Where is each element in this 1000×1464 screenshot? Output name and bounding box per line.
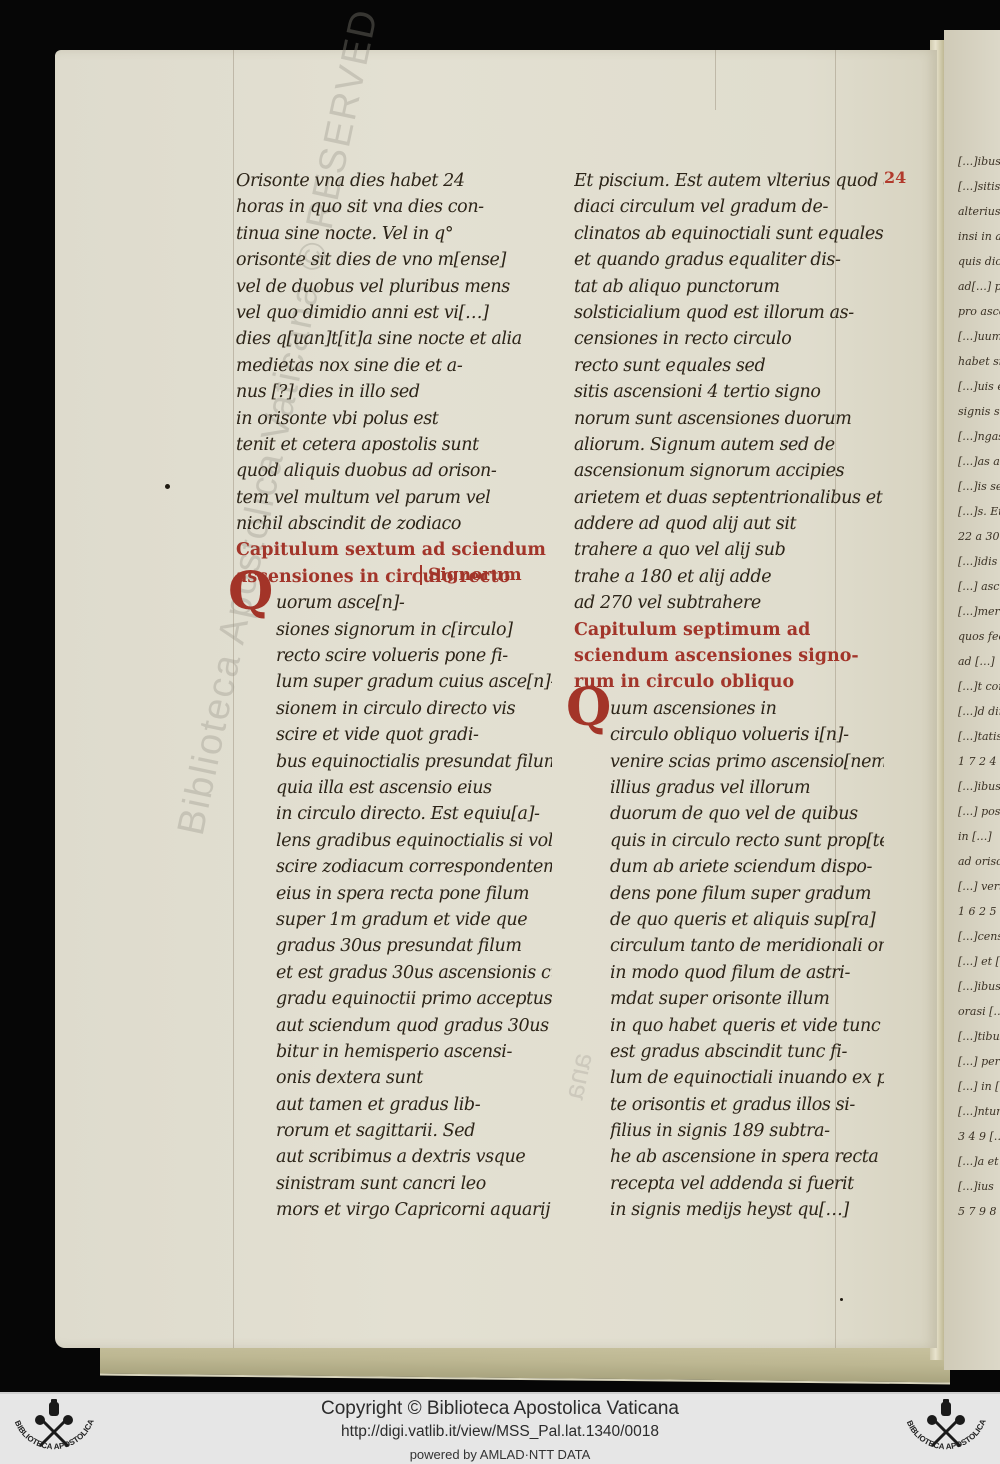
text-line: filius in signis 189 subtra-: [610, 1118, 884, 1144]
facing-page-text-line: […]ntum: [958, 1100, 1000, 1125]
text-line: vel quo dimidio anni est vi[…]: [236, 300, 552, 326]
text-line: bitur in hemisperio ascensi-: [276, 1039, 552, 1065]
text-line: recepta vel addenda si fuerit: [610, 1171, 884, 1197]
facing-page-text-line: in […]: [958, 825, 992, 850]
facing-page-text-line: […] et […]: [958, 950, 1000, 975]
facing-page-text-line: […]sitis 24: [958, 175, 1000, 200]
left-column-body: Orisonte vna dies habet 24horas in quo s…: [236, 168, 552, 537]
text-line: gradus 30us presundat filum: [276, 933, 552, 959]
text-line: in quo habet queris et vide tunc: [610, 1013, 884, 1039]
facing-page-text-line: […]is seu […]: [958, 475, 1000, 500]
source-url[interactable]: http://digi.vatlib.it/view/MSS_Pal.lat.1…: [0, 1423, 1000, 1441]
right-column-body: Et piscium. Est autem vlterius quod a zo…: [574, 168, 884, 617]
text-line: duorum de quo vel de quibus: [610, 801, 884, 827]
text-line: nus [?] dies in illo sed: [236, 379, 552, 405]
text-line: trahere a quo vel alij sub: [574, 537, 884, 563]
facing-page-text-line: […]s. Et si […]: [958, 500, 1000, 525]
facing-page-text-line: quis dico […]: [958, 250, 1000, 275]
facing-page-text-line: 1 7 2 4 8: [958, 750, 1000, 775]
text-line: et quando gradus equaliter dis-: [574, 247, 884, 273]
text-line: est gradus abscindit tunc fi-: [610, 1039, 884, 1065]
facing-page-text-line: alterius sit: [958, 200, 1000, 225]
text-line: circulum tanto de meridionali orisonte: [610, 933, 884, 959]
text-line: illius gradus vel illorum: [610, 775, 884, 801]
text-line: diaci circulum vel gradum de-: [574, 194, 884, 220]
facing-page-text-line: […]cens: [958, 925, 1000, 950]
facing-page-text-line: […]uis est […]: [958, 375, 1000, 400]
facing-page-text-line: ad […]: [958, 650, 995, 675]
facing-page-text-line: […] per: [958, 1050, 1000, 1075]
marginal-rubric: Signorum: [420, 565, 522, 585]
text-line: Orisonte vna dies habet 24: [236, 168, 552, 194]
text-line: horas in quo sit vna dies con-: [236, 194, 552, 220]
rubric-heading-line: Capitulum septimum ad: [574, 617, 884, 643]
facing-page-text-line: […]d dimidium: [958, 700, 1000, 725]
text-line: in modo quod filum de astri-: [610, 960, 884, 986]
text-line: nichil abscindit de zodiaco: [236, 511, 552, 537]
facing-page-text-line: […] possim: [958, 800, 1000, 825]
text-line: tinua sine nocte. Vel in q°: [236, 221, 552, 247]
facing-page-text-line: […]ibus quod vel: [958, 150, 1000, 175]
facing-page-text-line: […]a et: [958, 1150, 999, 1175]
facing-page-text-line: […] vertice: [958, 875, 1000, 900]
text-line: tat ab aliquo punctorum: [574, 274, 884, 300]
text-line: he ab ascensione in spera recta: [610, 1144, 884, 1170]
facing-page-text-line: 3 4 9 […]: [958, 1125, 1000, 1150]
text-line: dens pone filum super gradum: [610, 881, 884, 907]
rubric-heading-line: Capitulum sextum ad sciendum: [236, 537, 552, 563]
chapter-heading-septimum: Capitulum septimum adsciendum ascensione…: [574, 617, 884, 696]
facing-page-text-line: pro ascensione: [958, 300, 1000, 325]
facing-page-text-line: insi in alio: [958, 225, 1000, 250]
facing-page-text-line: […] in […]: [958, 1075, 1000, 1100]
ruling-line: [715, 50, 716, 110]
facing-page-edge: […]ibus quod vel[…]sitis 24alterius siti…: [944, 30, 1000, 1370]
text-line: aliorum. Signum autem sed de: [574, 432, 884, 458]
text-line: in circulo directo. Est equiu[a]-: [276, 801, 552, 827]
text-line: trahe a 180 et alij adde: [574, 564, 884, 590]
facing-page-text-line: orasi […]: [958, 1000, 1000, 1025]
text-line: quis in circulo recto sunt prop[ter]: [610, 828, 884, 854]
facing-page-text-line: habet sit et: [958, 350, 1000, 375]
ink-dot: [840, 1298, 843, 1301]
text-line: lum de equinoctiali inuando ex par-: [610, 1065, 884, 1091]
facing-page-text-line: […]ibus: [958, 775, 1000, 800]
facing-page-text-line: […]tibus: [958, 1025, 1000, 1050]
facing-page-text-line: […]ngas decem: [958, 425, 1000, 450]
text-line: eius in spera recta pone filum: [276, 881, 552, 907]
text-line: mors et virgo Capricorni aquarij: [276, 1197, 552, 1223]
facing-page-text-line: ad[…] partes: [958, 275, 1000, 300]
facing-page-text-line: 22 a 30 […]: [958, 525, 1000, 550]
text-line: addere ad quod alij aut sit: [574, 511, 884, 537]
text-line: de quo queris et aliquis sup[ra]: [610, 907, 884, 933]
text-line: aut tamen et gradus lib-: [276, 1092, 552, 1118]
text-line: Et piscium. Est autem vlterius quod a zo…: [574, 168, 884, 194]
facing-page-text-line: […]t corpus: [958, 675, 1000, 700]
text-line: onis dextera sunt: [276, 1065, 552, 1091]
copyright-footer: BIBLIOTECA APOSTOLICA VATICANA BIBLIOTEC…: [0, 1392, 1000, 1464]
rubric-heading-line: sciendum ascensiones signo-: [574, 643, 884, 669]
text-line: dum ab ariete sciendum dispo-: [610, 854, 884, 880]
text-line: aut scribimus a dextris vsque: [276, 1144, 552, 1170]
powered-by-text: powered by AMLAD·NTT DATA: [0, 1447, 1000, 1462]
text-line: dies q[uan]t[it]a sine nocte et alia: [236, 326, 552, 352]
facing-page-text-line: […]uum et […]: [958, 325, 1000, 350]
manuscript-scan: […]ibus quod vel[…]sitis 24alterius siti…: [0, 0, 1000, 1392]
text-line: in orisonte vbi polus est: [236, 406, 552, 432]
text-line: te orisontis et gradus illos si-: [610, 1092, 884, 1118]
text-line: in signis medijs heyst qu[…]: [610, 1197, 884, 1223]
text-line: tenit et cetera apostolis sunt: [236, 432, 552, 458]
decorated-initial: Q: [228, 566, 273, 618]
facing-page-text-line: […]merdilia: [958, 600, 1000, 625]
folio-number: 24: [884, 168, 906, 187]
facing-page-text-line: 5 7 9 8: [958, 1200, 996, 1225]
text-line: lum super gradum cuius asce[n]-: [276, 669, 552, 695]
facing-page-text-line: […]tatis: [958, 725, 1000, 750]
text-line: recto scire volueris pone fi-: [276, 643, 552, 669]
text-line: venire scias primo ascensio[nem]: [610, 749, 884, 775]
rubric-heading-line: rum in circulo obliquo: [574, 669, 884, 695]
text-line: censiones in recto circulo: [574, 326, 884, 352]
ink-dot: [165, 484, 170, 489]
text-line: quod aliquis duobus ad orison-: [236, 458, 552, 484]
text-line: uum ascensiones in: [610, 696, 884, 722]
text-line: solsticialium quod est illorum as-: [574, 300, 884, 326]
text-line: vel de duobus vel pluribus mens: [236, 274, 552, 300]
facing-page-text-line: 1 6 2 5 7 7: [958, 900, 1000, 925]
text-line: ad 270 vel subtrahere: [574, 590, 884, 616]
text-line: uorum asce[n]-: [276, 590, 552, 616]
left-column-body-continued: uorum asce[n]-siones signorum in c[ircul…: [236, 590, 552, 1223]
facing-page-text-line: […]ius: [958, 1175, 994, 1200]
text-line: scire et vide quot gradi-: [276, 722, 552, 748]
text-line: super 1m gradum et vide que: [276, 907, 552, 933]
text-line: norum sunt ascensiones duorum: [574, 406, 884, 432]
text-line: orisonte sit dies de vno m[ense]: [236, 247, 552, 273]
text-line: sitis ascensioni 4 tertio signo: [574, 379, 884, 405]
text-line: tem vel multum vel parum vel: [236, 485, 552, 511]
text-line: rorum et sagittarii. Sed: [276, 1118, 552, 1144]
text-line: recto sunt equales sed: [574, 353, 884, 379]
facing-page-text-line: quos fecimus: [958, 625, 1000, 650]
right-text-column: Et piscium. Est autem vlterius quod a zo…: [574, 168, 884, 1224]
right-column-body-continued: uum ascensiones incirculo obliquo voluer…: [574, 696, 884, 1224]
text-line: siones signorum in c[irculo]: [276, 617, 552, 643]
facing-page-text-line: signis sinistri: [958, 400, 1000, 425]
text-line: scire zodiacum correspondentem: [276, 854, 552, 880]
text-line: arietem et duas septentrionalibus et ali…: [574, 485, 884, 511]
text-line: clinatos ab equinoctiali sunt equales: [574, 221, 884, 247]
text-line: circulo obliquo volueris i[n]-: [610, 722, 884, 748]
facing-page-text-line: ad orisontem: [958, 850, 1000, 875]
text-line: bus equinoctialis presundat filum: [276, 749, 552, 775]
text-line: ascensionum signorum accipies: [574, 458, 884, 484]
facing-page-text-line: […]idis ergo: [958, 550, 1000, 575]
text-line: medietas nox sine die et a-: [236, 353, 552, 379]
text-line: sionem in circulo directo vis: [276, 696, 552, 722]
copyright-text: Copyright © Biblioteca Apostolica Vatica…: [0, 1398, 1000, 1420]
left-text-column: Orisonte vna dies habet 24horas in quo s…: [236, 168, 552, 1224]
decorated-initial: Q: [566, 682, 611, 734]
facing-page-text-line: […]as ad hanc: [958, 450, 1000, 475]
facing-page-text-line: […] ascensione: [958, 575, 1000, 600]
text-line: gradu equinoctii primo acceptus est: [276, 986, 552, 1012]
text-line: aut sciendum quod gradus 30us desi-: [276, 1013, 552, 1039]
text-line: lens gradibus equinoctialis si volueris: [276, 828, 552, 854]
text-line: et est gradus 30us ascensionis cu[ius]: [276, 960, 552, 986]
text-line: quia illa est ascensio eius: [276, 775, 552, 801]
text-line: mdat super orisonte illum: [610, 986, 884, 1012]
facing-page-text-line: […]ibus: [958, 975, 1000, 1000]
text-line: sinistram sunt cancri leo: [276, 1171, 552, 1197]
